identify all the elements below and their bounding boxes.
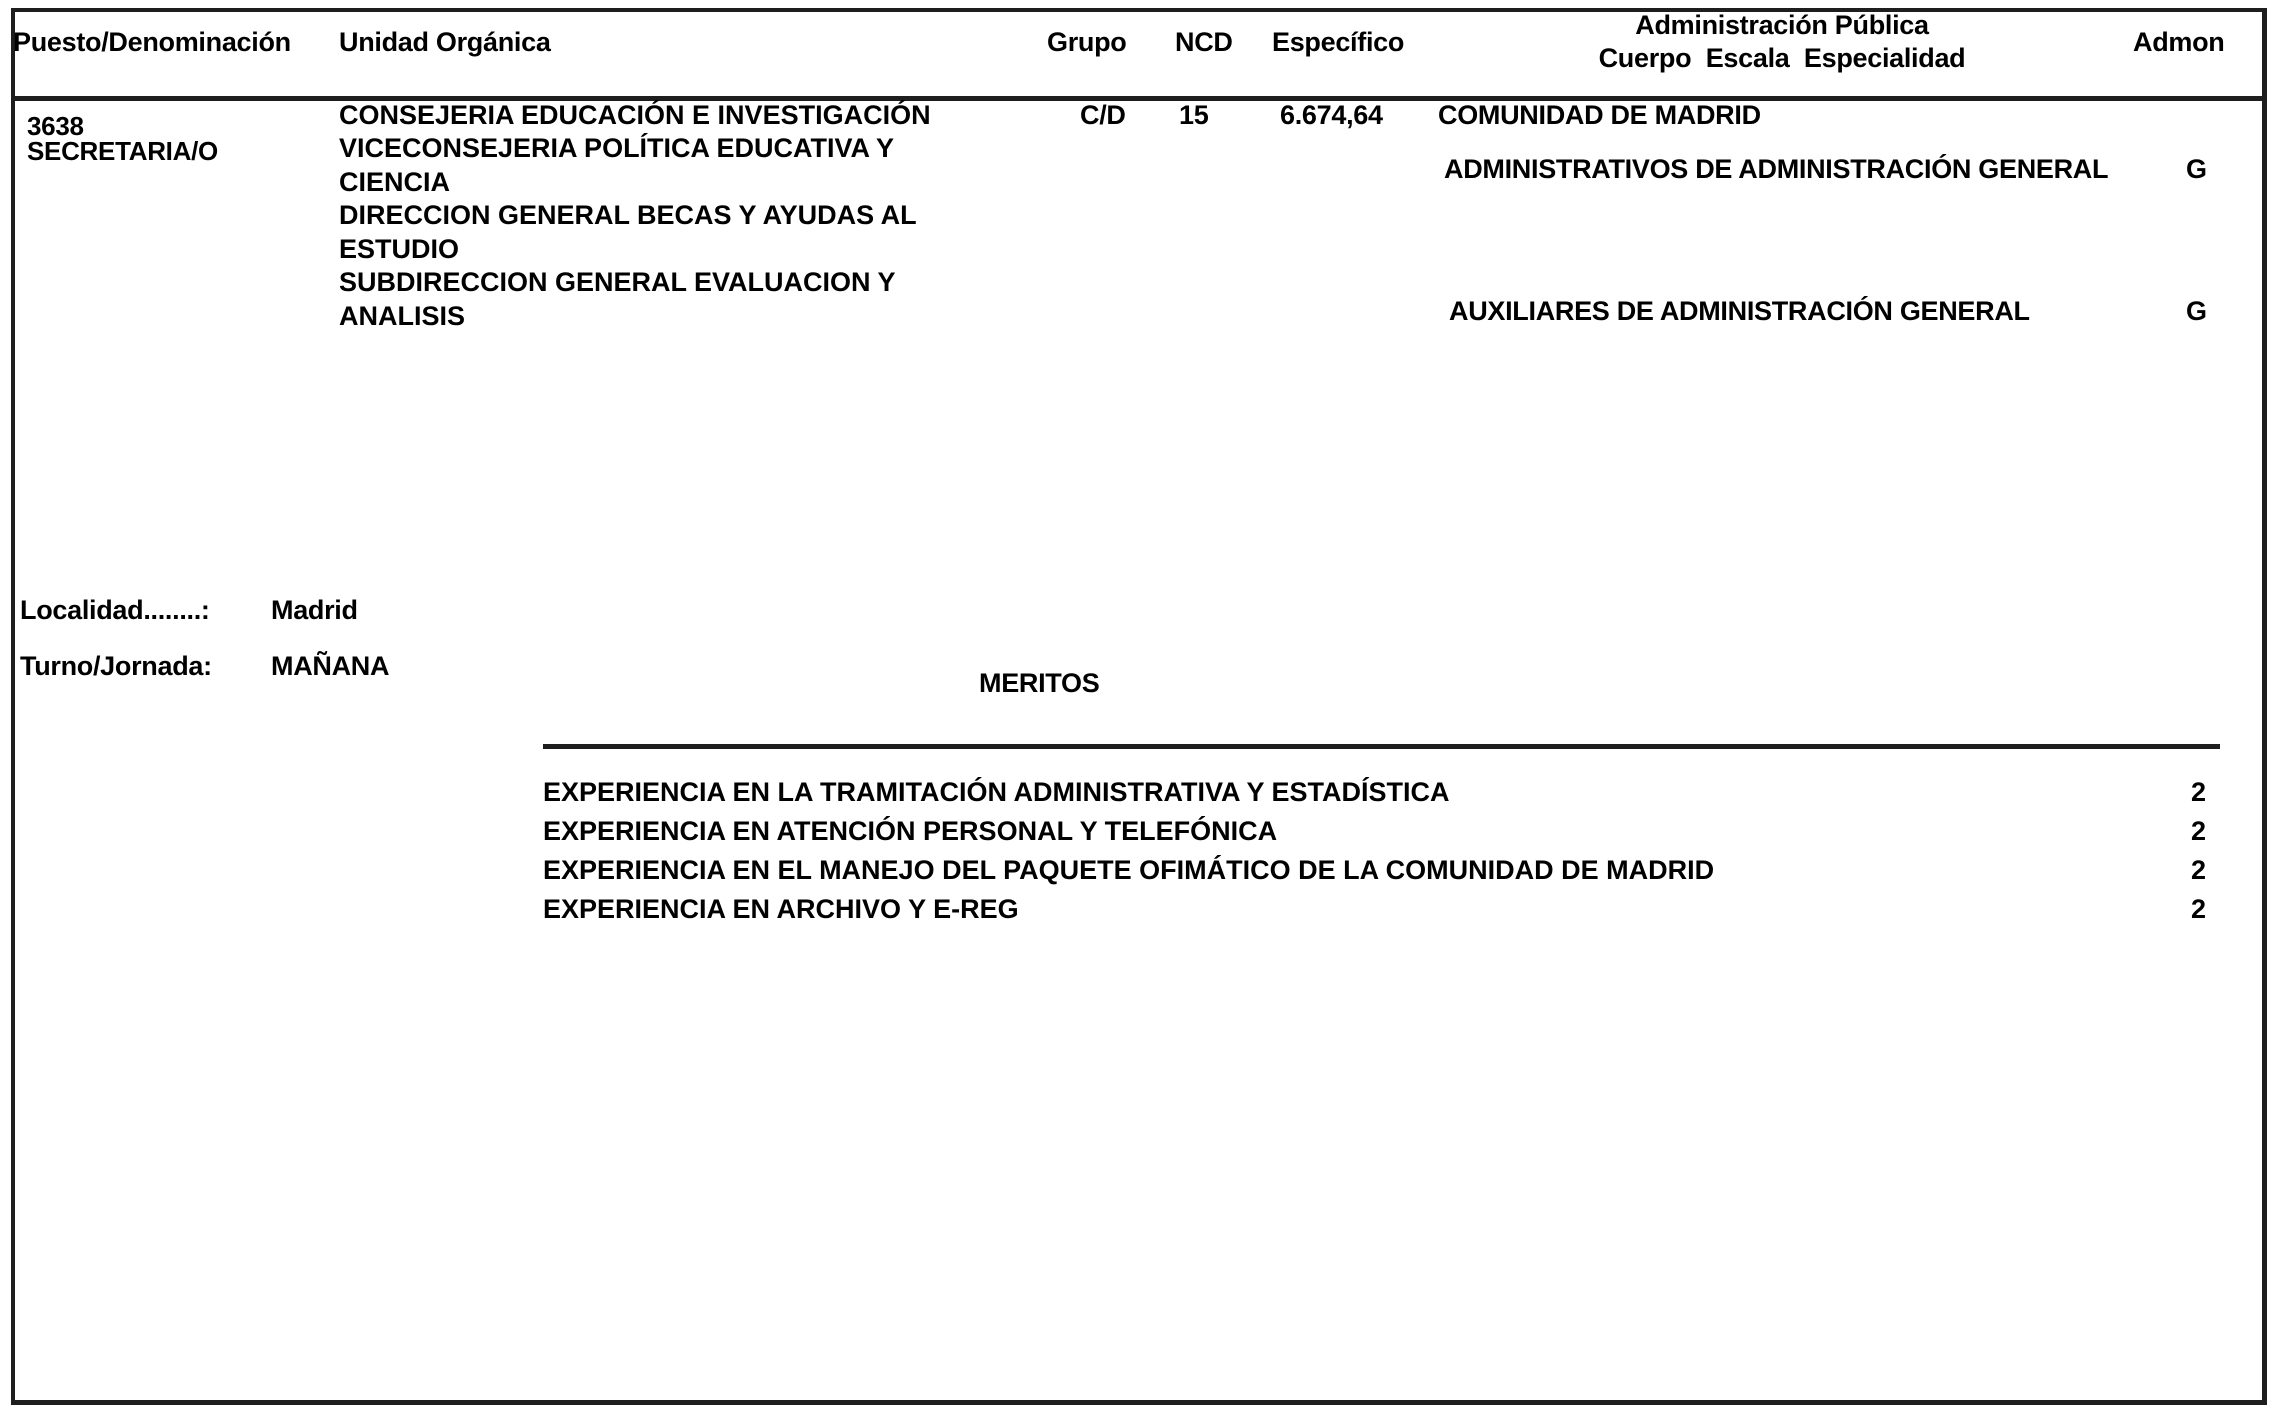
unidad-line: SUBDIRECCION GENERAL EVALUACION Y <box>339 266 896 299</box>
unidad-line: ESTUDIO <box>339 233 459 266</box>
unidad-line: CONSEJERIA EDUCACIÓN E INVESTIGACIÓN <box>339 99 931 132</box>
merito-label: EXPERIENCIA EN LA TRAMITACIÓN ADMINISTRA… <box>543 777 1450 808</box>
merito-label: EXPERIENCIA EN EL MANEJO DEL PAQUETE OFI… <box>543 855 1714 886</box>
puesto-ncd: 15 <box>1179 99 1208 132</box>
cuerpo-admon: G <box>2186 295 2207 328</box>
cuerpo-nombre: ADMINISTRATIVOS DE ADMINISTRACIÓN GENERA… <box>1444 153 2108 186</box>
header-ncd: NCD <box>1175 26 1233 59</box>
merito-row: EXPERIENCIA EN LA TRAMITACIÓN ADMINISTRA… <box>543 777 2223 815</box>
merito-label: EXPERIENCIA EN ARCHIVO Y E-REG <box>543 894 1019 925</box>
merito-puntos: 2 <box>2191 855 2206 886</box>
header-especifico: Específico <box>1272 26 1404 59</box>
unidad-line: ANALISIS <box>339 300 465 333</box>
header-unidad-organica: Unidad Orgánica <box>339 26 551 59</box>
turno-value: MAÑANA <box>271 650 389 683</box>
puesto-grupo: C/D <box>1080 99 1126 132</box>
merito-row: EXPERIENCIA EN EL MANEJO DEL PAQUETE OFI… <box>543 855 2223 893</box>
merito-row: EXPERIENCIA EN ATENCIÓN PERSONAL Y TELEF… <box>543 816 2223 854</box>
merito-puntos: 2 <box>2191 894 2206 925</box>
merito-puntos: 2 <box>2191 816 2206 847</box>
meritos-title: MERITOS <box>979 667 1099 700</box>
header-grupo: Grupo <box>1047 26 1127 59</box>
puesto-especifico: 6.674,64 <box>1280 99 1383 132</box>
cuerpo-nombre: AUXILIARES DE ADMINISTRACIÓN GENERAL <box>1449 295 2030 328</box>
cuerpo-admon: G <box>2186 153 2207 186</box>
merito-label: EXPERIENCIA EN ATENCIÓN PERSONAL Y TELEF… <box>543 816 1277 847</box>
header-administracion-publica: Administración Pública <box>1560 9 2004 42</box>
meritos-divider <box>543 744 2220 749</box>
header-admon: Admon <box>2133 26 2224 59</box>
localidad-value: Madrid <box>271 594 358 627</box>
unidad-line: CIENCIA <box>339 166 450 199</box>
turno-label: Turno/Jornada: <box>20 650 212 683</box>
unidad-line: DIRECCION GENERAL BECAS Y AYUDAS AL <box>339 199 917 232</box>
puesto-administracion: COMUNIDAD DE MADRID <box>1438 99 1761 132</box>
merito-puntos: 2 <box>2191 777 2206 808</box>
unidad-line: VICECONSEJERIA POLÍTICA EDUCATIVA Y <box>339 132 894 165</box>
merito-row: EXPERIENCIA EN ARCHIVO Y E-REG 2 <box>543 894 2223 932</box>
localidad-label: Localidad........: <box>20 594 210 627</box>
header-puesto: Puesto/Denominación <box>13 26 291 59</box>
puesto-denominacion: SECRETARIA/O <box>27 135 218 168</box>
header-cuerpo-escala: Cuerpo Escala Especialidad <box>1560 42 2004 75</box>
